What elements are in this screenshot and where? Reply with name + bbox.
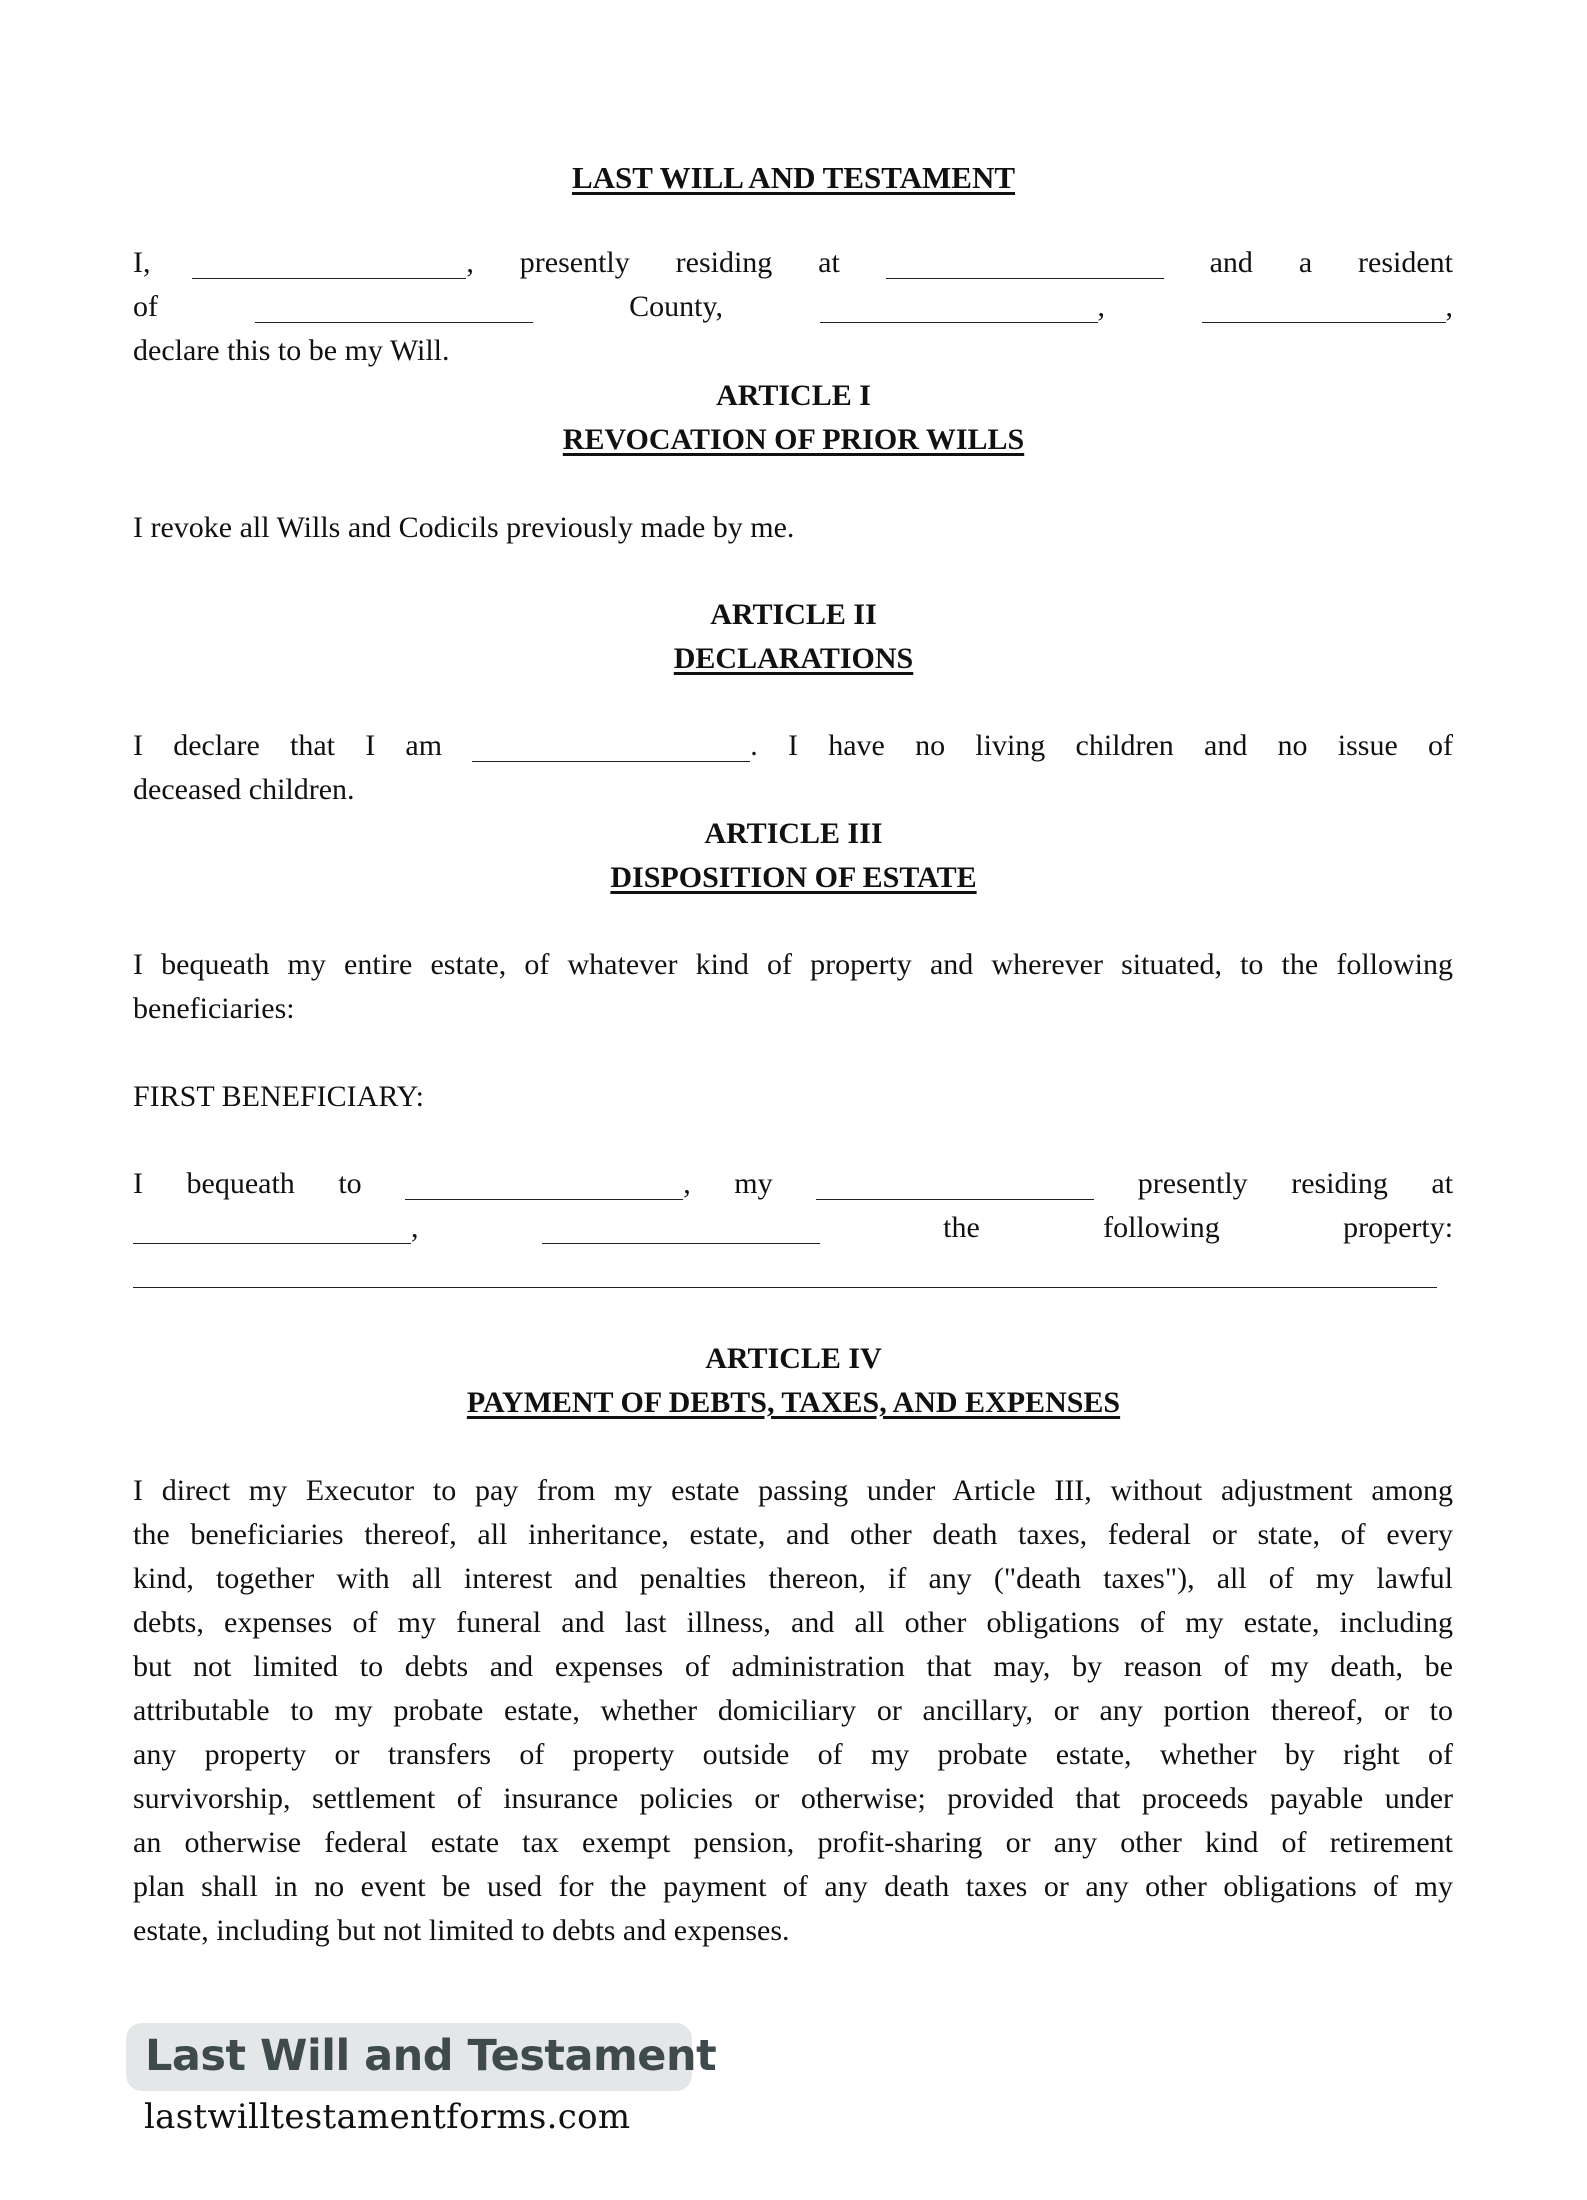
watermark-site-url[interactable]: lastwilltestamentforms.com: [144, 2093, 630, 2141]
article-4-line: an otherwise federal estate tax exempt p…: [133, 1821, 1453, 1865]
document-title: LAST WILL AND TESTAMENT: [0, 156, 1587, 200]
article-4-line: attributable to my probate estate, wheth…: [133, 1689, 1453, 1733]
beneficiary-city-state-field[interactable]: [542, 1213, 820, 1244]
article-2-number: ARTICLE II: [0, 593, 1587, 637]
intro-line-1: I, , presently residing at and a residen…: [133, 241, 1453, 285]
article-4-line: the beneficiaries thereof, all inheritan…: [133, 1513, 1453, 1557]
article-4-line: survivorship, settlement of insurance po…: [133, 1777, 1453, 1821]
property-description-line: [133, 1250, 1453, 1294]
article-4-line: kind, together with all interest and pen…: [133, 1557, 1453, 1601]
article-4-line: I direct my Executor to pay from my esta…: [133, 1469, 1453, 1513]
article-3-heading: DISPOSITION OF ESTATE: [0, 856, 1587, 900]
article-4-line: debts, expenses of my funeral and last i…: [133, 1601, 1453, 1645]
bequest-line-2: , the following property:: [133, 1206, 1453, 1250]
property-description-field[interactable]: [133, 1257, 1437, 1288]
will-document: LAST WILL AND TESTAMENT I, , presently r…: [0, 0, 1587, 2200]
state-field[interactable]: [1202, 292, 1446, 323]
first-beneficiary-label: FIRST BENEFICIARY:: [133, 1075, 1453, 1119]
article-4-number: ARTICLE IV: [0, 1337, 1587, 1381]
city-field[interactable]: [820, 292, 1098, 323]
intro-line-3: declare this to be my Will.: [133, 329, 1453, 373]
marital-status-field[interactable]: [472, 731, 750, 762]
article-4-line: plan shall in no event be used for the p…: [133, 1865, 1453, 1909]
article-1-number: ARTICLE I: [0, 374, 1587, 418]
article-4-line: estate, including but not limited to deb…: [133, 1909, 1453, 1953]
article-3-line-1: I bequeath my entire estate, of whatever…: [133, 943, 1453, 987]
article-3-line-2: beneficiaries:: [133, 987, 1453, 1031]
intro-line-2: of County, , ,: [133, 285, 1453, 329]
county-field[interactable]: [255, 292, 533, 323]
beneficiary-address-field[interactable]: [133, 1213, 411, 1244]
testator-name-field[interactable]: [192, 248, 466, 279]
article-2-line-2: deceased children.: [133, 768, 1453, 812]
article-1-heading: REVOCATION OF PRIOR WILLS: [0, 418, 1587, 462]
article-3-number: ARTICLE III: [0, 812, 1587, 856]
article-4-line: any property or transfers of property ou…: [133, 1733, 1453, 1777]
residence-address-field[interactable]: [886, 248, 1164, 279]
watermark-badge-label: Last Will and Testament: [145, 2026, 716, 2086]
article-2-heading: DECLARATIONS: [0, 637, 1587, 681]
article-1-text: I revoke all Wills and Codicils previous…: [133, 506, 1453, 550]
article-4-line: but not limited to debts and expenses of…: [133, 1645, 1453, 1689]
article-2-line-1: I declare that I am . I have no living c…: [133, 724, 1453, 768]
beneficiary-relationship-field[interactable]: [816, 1169, 1094, 1200]
article-4-heading: PAYMENT OF DEBTS, TAXES, AND EXPENSES: [0, 1381, 1587, 1425]
beneficiary-name-field[interactable]: [405, 1169, 683, 1200]
bequest-line-1: I bequeath to , my presently residing at: [133, 1162, 1453, 1206]
